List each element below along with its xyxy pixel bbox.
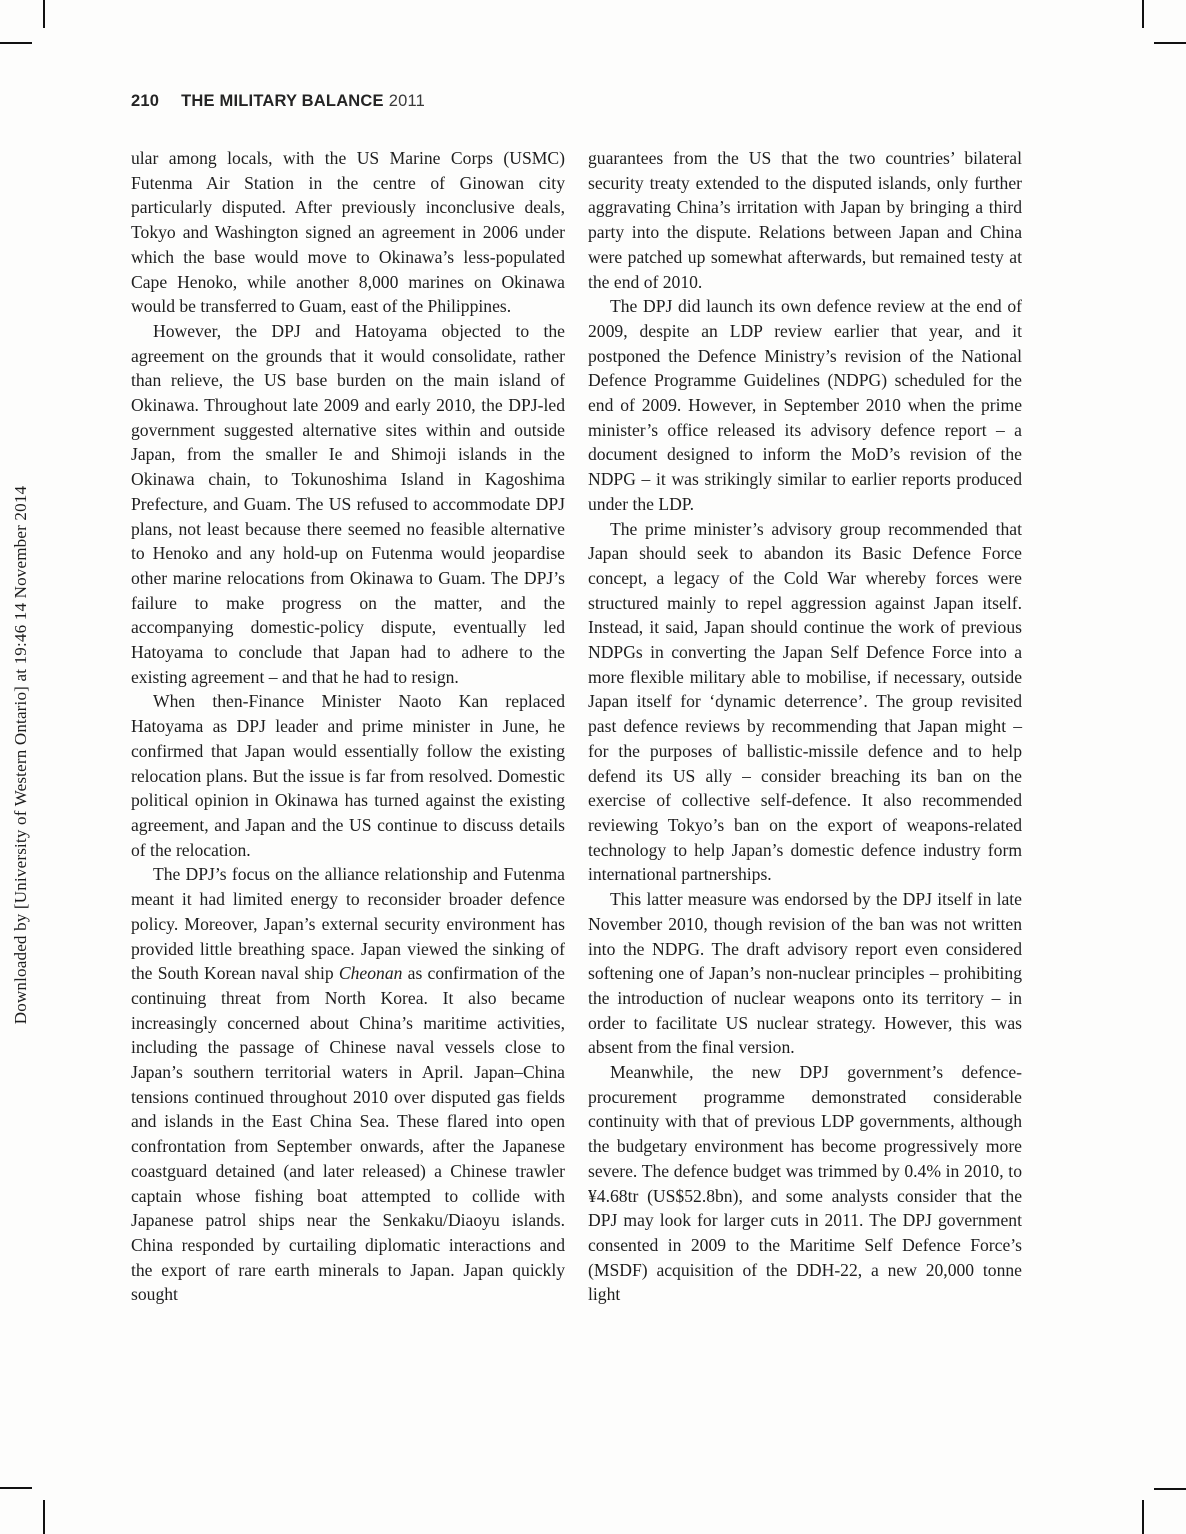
paragraph: guarantees from the US that the two coun…	[588, 146, 1022, 294]
page-number: 210	[131, 92, 159, 110]
download-watermark: Downloaded by [University of Western Ont…	[11, 486, 31, 1024]
crop-mark-bottom-right-vertical	[1142, 1500, 1144, 1534]
crop-mark-bottom-left-horizontal	[0, 1487, 32, 1489]
paragraph: The DPJ did launch its own defence revie…	[588, 294, 1022, 516]
crop-mark-top-left-vertical	[43, 0, 45, 28]
crop-mark-bottom-left-vertical	[43, 1500, 45, 1534]
paragraph: The DPJ’s focus on the alliance relation…	[131, 862, 565, 1307]
running-header: 210THE MILITARY BALANCE2011	[131, 92, 425, 111]
crop-mark-top-right-vertical	[1142, 0, 1144, 28]
left-column: ular among locals, with the US Marine Co…	[131, 146, 565, 1307]
book-title: THE MILITARY BALANCE	[181, 92, 384, 110]
crop-mark-top-right-horizontal	[1154, 42, 1186, 44]
paragraph: ular among locals, with the US Marine Co…	[131, 146, 565, 319]
paragraph: When then-Finance Minister Naoto Kan rep…	[131, 689, 565, 862]
paragraph: The prime minister’s advisory group reco…	[588, 517, 1022, 888]
ship-name-italic: Cheonan	[339, 963, 403, 983]
paragraph: However, the DPJ and Hatoyama objected t…	[131, 319, 565, 690]
paragraph-text: as confirmation of the continuing threat…	[131, 963, 565, 1304]
book-year: 2011	[389, 92, 425, 110]
paragraph: Meanwhile, the new DPJ government’s defe…	[588, 1060, 1022, 1307]
document-page: Downloaded by [University of Western Ont…	[0, 0, 1186, 1534]
crop-mark-top-left-horizontal	[0, 42, 32, 44]
crop-mark-bottom-right-horizontal	[1154, 1488, 1186, 1490]
body-columns: ular among locals, with the US Marine Co…	[131, 146, 1022, 1307]
right-column: guarantees from the US that the two coun…	[588, 146, 1022, 1307]
paragraph: This latter measure was endorsed by the …	[588, 887, 1022, 1060]
